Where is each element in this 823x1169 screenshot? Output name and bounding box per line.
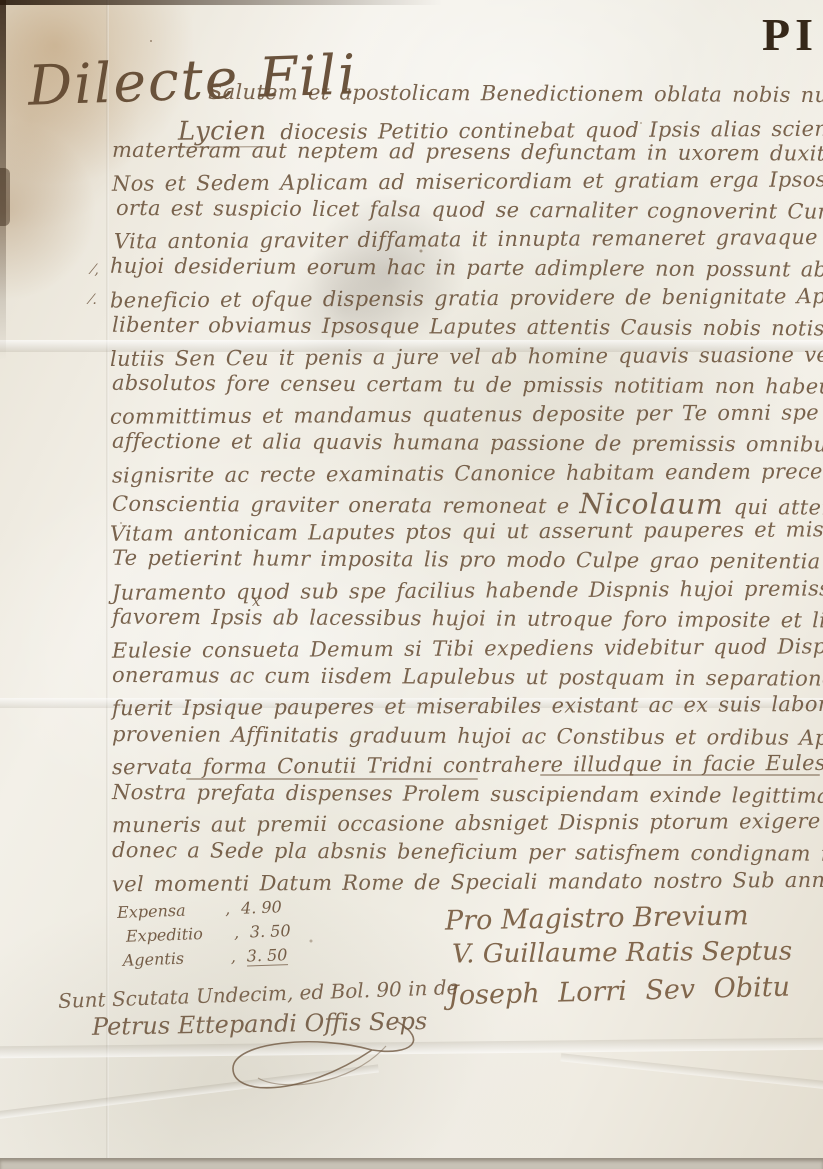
body-line: committimus et mandamus quatenus deposit… xyxy=(110,401,823,427)
fee-schedule: Expensa,4. 90 Expeditio,3. 50 Agentis,3.… xyxy=(117,897,292,976)
body-line: absolutos fore censeu certam tu de pmiss… xyxy=(112,373,823,398)
scan-edge-tear xyxy=(0,168,10,226)
horizontal-fold-crease xyxy=(0,1038,823,1059)
vertical-fold-crease xyxy=(106,0,109,1158)
scan-background-strip xyxy=(0,1158,823,1169)
body-line: fuerit Ipsique pauperes et miserabiles e… xyxy=(112,694,823,720)
body-line: affectione et alia quavis humana passion… xyxy=(112,431,823,456)
diagonal-crease xyxy=(0,1064,379,1123)
body-line: favorem Ipsis ab lacessibus hujoi in utr… xyxy=(112,607,823,633)
person-name-large: Nicolaum xyxy=(579,487,723,521)
body-line: Conscientia graviter onerata remoneat e … xyxy=(112,488,823,521)
fee-separator: , xyxy=(234,922,251,942)
fee-row: Agentis,3. 50 xyxy=(122,945,291,971)
margin-annotation: ⁄, xyxy=(92,262,99,278)
fee-label: Expeditio xyxy=(126,923,235,946)
body-line: lutiis Sen Ceu it penis a jure vel ab ho… xyxy=(110,343,823,370)
ink-speckles xyxy=(150,40,152,42)
fee-row: Expeditio,3. 50 xyxy=(126,921,291,946)
fee-label: Expensa xyxy=(117,899,226,922)
signature-joseph-lorri: Joseph Lorri Sev Obitu xyxy=(448,972,791,1012)
signature-pro-magistro: Pro Magistro Brevium xyxy=(445,900,749,936)
fee-separator: , xyxy=(230,947,247,968)
signature-guillaume: V. Guillaume Ratis Septus xyxy=(452,937,792,970)
body-line: signisrite ac recte examinatis Canonice … xyxy=(112,460,823,486)
body-line: oneramus ac cum iisdem Lapulebus ut post… xyxy=(112,665,823,690)
body-line: muneris aut premii occasione absniget Di… xyxy=(112,811,823,837)
signature-petrus: Petrus Ettepandi Offis Seps xyxy=(92,1007,428,1041)
printed-letterhead-fragment: PI xyxy=(762,8,818,61)
body-line: Vita antonia graviter diffamata it innup… xyxy=(114,227,823,253)
manuscript-page: PI Dilecte Fili Salutem et apostolicam B… xyxy=(0,0,823,1158)
fee-amount: 4. 90 xyxy=(241,897,282,917)
body-line: Salutem et apostolicam Benedictionem obl… xyxy=(208,82,823,107)
body-line: libenter obviamus Ipsosque Laputes atten… xyxy=(112,315,823,341)
body-line: Nostra prefata dispenses Prolem suscipie… xyxy=(112,782,823,807)
body-line: Te petierint humr imposita lis pro modo … xyxy=(112,548,823,574)
insertion-caret-mark: x xyxy=(252,592,260,610)
body-line: donec a Sede pla absnis beneficium per s… xyxy=(112,840,823,865)
scan-edge-top xyxy=(0,0,520,5)
fee-label: Agentis xyxy=(122,947,231,971)
body-line: orta est suspicio licet falsa quod se ca… xyxy=(116,198,823,223)
body-line: hujoi desiderium eorum hac in parte adim… xyxy=(110,256,823,281)
manuscript-underline xyxy=(540,774,820,776)
diagonal-crease xyxy=(560,1053,823,1094)
body-line: Eulesie consueta Demum si Tibi expediens… xyxy=(112,635,823,661)
fee-row: Expensa,4. 90 xyxy=(117,897,290,922)
body-line: vel momenti Datum Rome de Speciali manda… xyxy=(112,870,823,896)
body-line: beneficio et ofque dispensis gratia prov… xyxy=(110,286,823,312)
body-line-text: Conscientia graviter onerata remoneat e xyxy=(112,492,580,518)
fee-amount: 3. 50 xyxy=(250,921,291,941)
fee-amount-underlined: 3. 50 xyxy=(246,945,287,966)
body-line: materteram aut neptem ad presens defunct… xyxy=(112,140,823,165)
body-line: Juramento quod sub spe facilius habende … xyxy=(112,577,823,604)
body-line: provenien Affinitatis graduum hujoi ac C… xyxy=(112,724,823,749)
manuscript-underline xyxy=(186,778,478,780)
body-line: Nos et Sedem Aplicam ad misericordiam et… xyxy=(112,168,823,195)
body-line: Vitam antonicam Laputes ptos qui ut asse… xyxy=(110,518,823,544)
fee-separator: , xyxy=(225,899,242,919)
margin-annotation: ⁄. xyxy=(90,292,97,308)
